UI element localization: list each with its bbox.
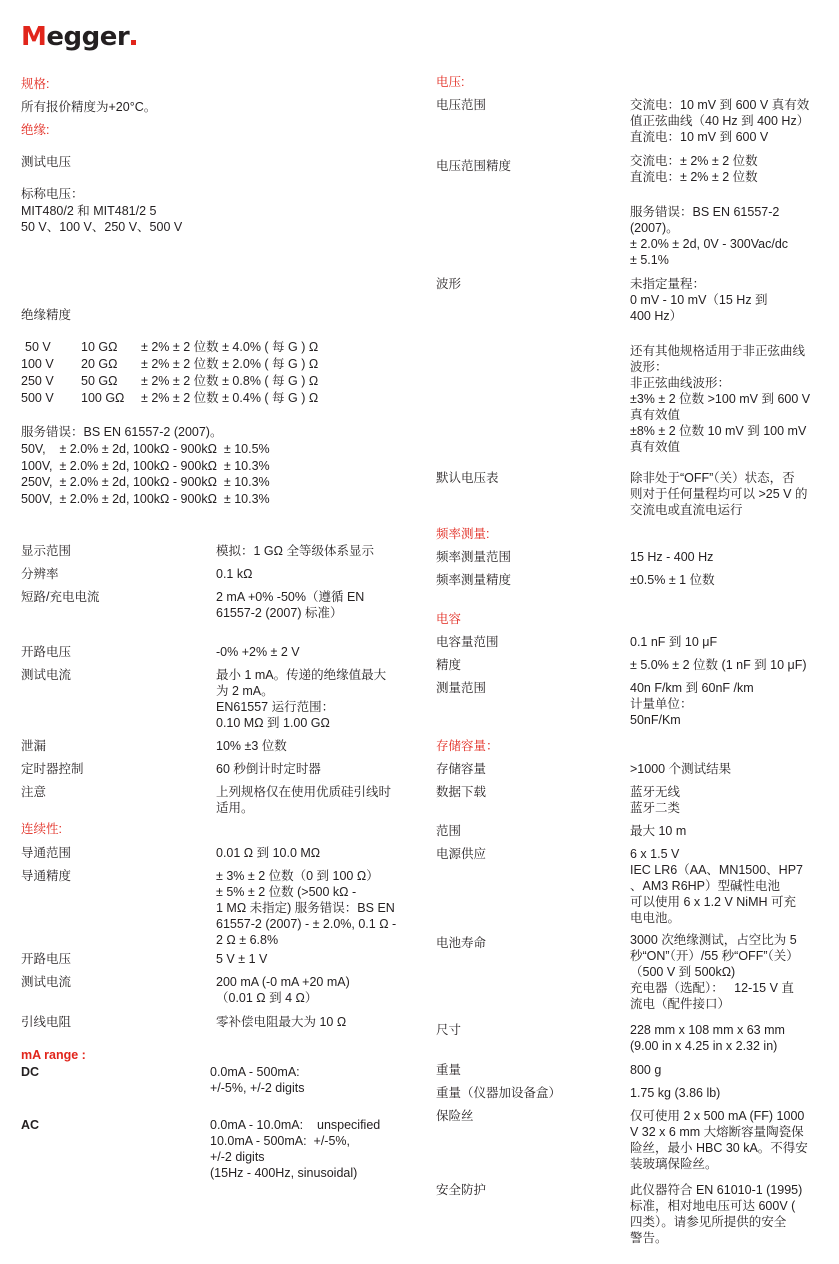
ma-dc-value: 0.0mA - 500mA: +/-5%, +/-2 digits — [210, 1064, 305, 1096]
spec-value: 3000 次绝缘测试，占空比为 5 秒“ON”（开）/55 秒“OFF”（关） … — [630, 932, 799, 1012]
acc-accuracy: ± 2% ± 2 位数 ± 0.4% ( 每 G ) Ω — [141, 390, 318, 406]
spec-value: -0% +2% ± 2 V — [216, 644, 300, 660]
spec-value: 0.1 nF 到 10 μF — [630, 634, 717, 650]
spec-label: 显示范围 — [21, 543, 71, 559]
spec-value: 0.1 kΩ — [216, 566, 252, 582]
spec-value: 除非处于“OFF”（关）状态，否 则对于任何量程均可以 >25 V 的 交流电或… — [630, 470, 807, 518]
spec-value: 60 秒倒计时定时器 — [216, 761, 321, 777]
service-error-row: 50V, ± 2.0% ± 2d, 100kΩ - 900kΩ ± 10.5% — [21, 441, 270, 457]
voltage-heading: 电压: — [436, 74, 464, 90]
ma-dc-label: DC — [21, 1064, 39, 1080]
service-error-row: 500V, ± 2.0% ± 2d, 100kΩ - 900kΩ ± 10.3% — [21, 491, 270, 507]
models: MIT480/2 和 MIT481/2 5 — [21, 203, 156, 219]
acc-accuracy: ± 2% ± 2 位数 ± 0.8% ( 每 G ) Ω — [141, 373, 318, 389]
spec-label: 保险丝 — [436, 1108, 474, 1124]
spec-label: 数据下载 — [436, 784, 486, 800]
spec-label: 测试电流 — [21, 974, 71, 990]
spec-label: 开路电压 — [21, 644, 71, 660]
voltages: 50 V、100 V、250 V、500 V — [21, 219, 182, 235]
megger-logo: Megger — [21, 22, 136, 52]
acc-range: 100 GΩ — [81, 390, 124, 406]
spec-label: 电池寿命 — [436, 935, 486, 951]
acc-accuracy: ± 2% ± 2 位数 ± 2.0% ( 每 G ) Ω — [141, 356, 318, 372]
spec-value: 5 V ± 1 V — [216, 951, 267, 967]
spec-value: 6 x 1.5 V IEC LR6（AA、MN1500、HP7 、AM3 R6H… — [630, 846, 803, 926]
logo-dot-icon — [131, 40, 136, 45]
spec-label: 开路电压 — [21, 951, 71, 967]
acc-range: 50 GΩ — [81, 373, 117, 389]
spec-label: 导通范围 — [21, 845, 71, 861]
service-error-row: 100V, ± 2.0% ± 2d, 100kΩ - 900kΩ ± 10.3% — [21, 458, 270, 474]
spec-value: ±0.5% ± 1 位数 — [630, 572, 715, 588]
spec-label: 默认电压表 — [436, 470, 499, 486]
insulation-accuracy-label: 绝缘精度 — [21, 307, 71, 323]
spec-label: 安全防护 — [436, 1182, 486, 1198]
spec-heading: 规格: — [21, 76, 49, 92]
spec-label: 存储容量 — [436, 761, 486, 777]
test-voltage-label: 测试电压 — [21, 154, 71, 170]
spec-label: 泄漏 — [21, 738, 46, 754]
storage-heading: 存储容量： — [436, 738, 499, 754]
spec-label: 引线电阻 — [21, 1014, 71, 1030]
spec-value: 上列规格仅在使用优质硅引线时 适用。 — [216, 784, 391, 816]
spec-value: 200 mA (-0 mA +20 mA) （0.01 Ω 到 4 Ω） — [216, 974, 350, 1006]
spec-label: 注意 — [21, 784, 46, 800]
spec-label: 电容量范围 — [436, 634, 499, 650]
spec-value: 蓝牙无线 蓝牙二类 — [630, 784, 680, 816]
logo-text-rest: egger — [46, 22, 129, 52]
spec-value: 40n F/km 到 60nF /km 计量单位： 50nF/Km — [630, 680, 754, 728]
acc-voltage: 100 V — [21, 356, 54, 372]
spec-value: 零补偿电阻最大为 10 Ω — [216, 1014, 346, 1030]
acc-range: 10 GΩ — [81, 339, 117, 355]
spec-label: 测量范围 — [436, 680, 486, 696]
spec-label: 短路/充电电流 — [21, 589, 99, 605]
spec-value: 交流电：± 2% ± 2 位数 直流电：± 2% ± 2 位数 — [630, 153, 758, 185]
spec-label: 尺寸 — [436, 1022, 461, 1038]
spec-label: 频率测量范围 — [436, 549, 511, 565]
continuity-heading: 连续性: — [21, 821, 62, 837]
spec-label: 重量（仪器加设备盒） — [436, 1085, 561, 1101]
spec-value: 10% ±3 位数 — [216, 738, 287, 754]
spec-value: 服务错误：BS EN 61557-2 (2007)。 ± 2.0% ± 2d, … — [630, 204, 788, 268]
spec-label: 导通精度 — [21, 868, 71, 884]
acc-range: 20 GΩ — [81, 356, 117, 372]
service-error-row: 250V, ± 2.0% ± 2d, 100kΩ - 900kΩ ± 10.3% — [21, 474, 270, 490]
spec-label: 定时器控制 — [21, 761, 84, 777]
spec-value: 0.01 Ω 到 10.0 MΩ — [216, 845, 320, 861]
acc-voltage: 250 V — [21, 373, 54, 389]
acc-accuracy: ± 2% ± 2 位数 ± 4.0% ( 每 G ) Ω — [141, 339, 318, 355]
ma-ac-value: 0.0mA - 10.0mA: unspecified 10.0mA - 500… — [210, 1117, 380, 1181]
spec-value: 未指定量程： 0 mV - 10 mV（15 Hz 到 400 Hz） — [630, 276, 768, 324]
spec-value: 800 g — [630, 1062, 661, 1078]
spec-value: 最大 10 m — [630, 823, 686, 839]
spec-label: 电源供应 — [436, 846, 486, 862]
nominal-voltage-label: 标称电压： — [21, 186, 84, 202]
ma-range-heading: mA range : — [21, 1047, 86, 1063]
spec-value: ± 5.0% ± 2 位数 (1 nF 到 10 μF) — [630, 657, 807, 673]
spec-value: 2 mA +0% -50%（遵循 EN 61557-2 (2007) 标准） — [216, 589, 364, 621]
acc-voltage: 500 V — [21, 390, 54, 406]
spec-label: 重量 — [436, 1062, 461, 1078]
spec-label: 频率测量精度 — [436, 572, 511, 588]
spec-value: 交流电：10 mV 到 600 V 真有效 值正弦曲线（40 Hz 到 400 … — [630, 97, 809, 145]
spec-note: 所有报价精度为+20°C。 — [21, 99, 156, 115]
ma-ac-label: AC — [21, 1117, 39, 1133]
spec-value: 最小 1 mA。传递的绝缘值最大 为 2 mA。 EN61557 运行范围： 0… — [216, 667, 386, 731]
spec-value: >1000 个测试结果 — [630, 761, 731, 777]
spec-value: ± 3% ± 2 位数（0 到 100 Ω） ± 5% ± 2 位数 (>500… — [216, 868, 396, 948]
spec-label: 电压范围精度 — [436, 158, 511, 174]
spec-value: 仅可使用 2 x 500 mA (FF) 1000 V 32 x 6 mm 大熔… — [630, 1108, 808, 1172]
insulation-heading: 绝缘: — [21, 122, 49, 138]
spec-value: 模拟：1 GΩ 全等级体系显示 — [216, 543, 374, 559]
spec-value: 228 mm x 108 mm x 63 mm (9.00 in x 4.25 … — [630, 1022, 785, 1054]
service-error-title: 服务错误：BS EN 61557-2 (2007)。 — [21, 424, 222, 440]
spec-label: 波形 — [436, 276, 461, 292]
spec-label: 分辨率 — [21, 566, 59, 582]
freq-heading: 频率测量: — [436, 526, 489, 542]
spec-label: 测试电流 — [21, 667, 71, 683]
acc-voltage: 50 V — [25, 339, 51, 355]
spec-label: 精度 — [436, 657, 461, 673]
spec-label: 电压范围 — [436, 97, 486, 113]
spec-label: 范围 — [436, 823, 461, 839]
spec-value: 此仪器符合 EN 61010-1 (1995) 标准，相对地电压可达 600V … — [630, 1182, 802, 1246]
spec-value: 1.75 kg (3.86 lb) — [630, 1085, 720, 1101]
cap-heading: 电容 — [436, 611, 461, 627]
spec-value: 还有其他规格适用于非正弦曲线 波形： 非正弦曲线波形： ±3% ± 2 位数 >… — [630, 343, 810, 455]
spec-value: 15 Hz - 400 Hz — [630, 549, 713, 565]
